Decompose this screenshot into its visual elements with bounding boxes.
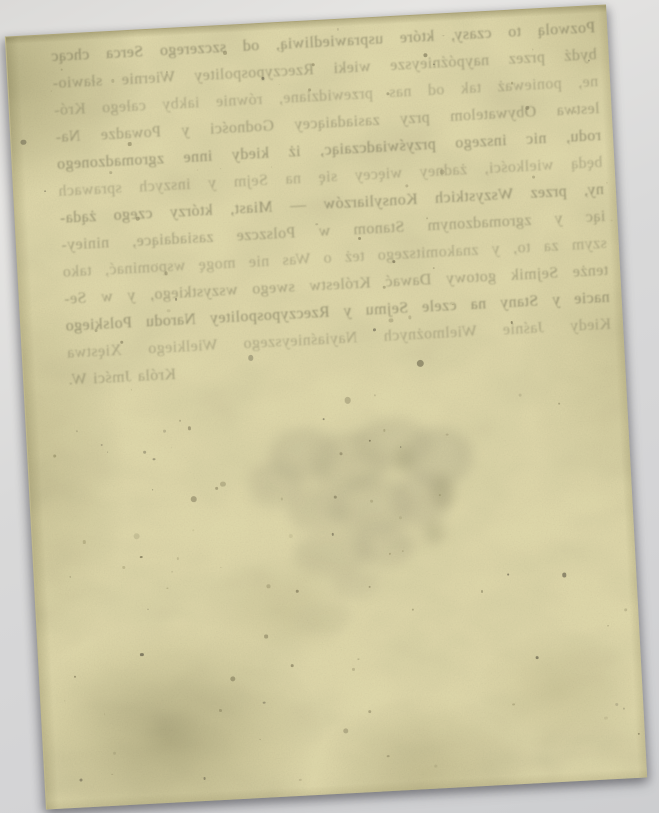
- foxing-speck: [322, 417, 325, 420]
- foxing-speck: [512, 702, 515, 705]
- foxing-speck: [176, 557, 179, 560]
- foxing-speck: [219, 708, 222, 711]
- scanned-document-view: Pozwolą to czasy, które usprawiedliwią, …: [0, 0, 659, 813]
- foxing-speck: [140, 653, 143, 656]
- foxing-speck: [50, 90, 51, 91]
- foxing-speck: [78, 778, 81, 781]
- foxing-speck: [480, 590, 482, 592]
- foxing-speck: [280, 497, 283, 500]
- foxing-speck: [139, 555, 142, 558]
- foxing-speck: [637, 732, 639, 734]
- foxing-speck: [100, 443, 102, 445]
- foxing-speck: [518, 393, 521, 396]
- foxing-speck: [112, 751, 115, 754]
- foxing-speck: [411, 608, 414, 611]
- foxing-speck: [535, 656, 538, 659]
- foxing-speck: [166, 587, 167, 588]
- foxing-speck: [152, 488, 153, 489]
- foxing-speck: [401, 549, 403, 551]
- foxing-speck: [374, 394, 375, 395]
- foxing-speck: [152, 458, 154, 460]
- foxing-speck: [73, 676, 75, 678]
- foxing-speck: [143, 450, 146, 453]
- foxing-speck: [606, 181, 608, 183]
- foxing-speck: [445, 433, 448, 436]
- foxing-speck: [398, 516, 401, 519]
- foxing-speck: [331, 533, 334, 536]
- foxing-speck: [382, 428, 385, 431]
- ornament-vignette-bleed: [230, 393, 507, 647]
- foxing-speck: [604, 716, 607, 719]
- foxing-speck: [614, 702, 618, 706]
- foxing-speck: [288, 534, 292, 538]
- foxing-speck: [558, 402, 560, 404]
- foxing-speck: [290, 663, 294, 667]
- scan-background: { "document": { "kind_label": "scanned a…: [0, 0, 659, 813]
- foxing-speck: [388, 552, 390, 554]
- foxing-speck: [623, 608, 626, 611]
- foxing-speck: [192, 529, 194, 531]
- foxing-speck: [106, 451, 108, 453]
- foxing-speck: [434, 764, 437, 767]
- foxing-speck: [368, 439, 371, 442]
- foxing-speck: [368, 585, 370, 587]
- foxing-speck: [370, 500, 373, 503]
- foxing-speck: [386, 754, 388, 756]
- foxing-speck: [343, 728, 348, 733]
- foxing-speck: [75, 429, 78, 432]
- foxing-speck: [215, 486, 218, 489]
- foxing-speck: [561, 572, 566, 577]
- foxing-speck: [438, 493, 440, 495]
- foxing-speck: [64, 700, 65, 701]
- foxing-speck: [344, 396, 351, 403]
- foxing-speck: [170, 447, 172, 449]
- page-scan: Pozwolą to czasy, które usprawiedliwią, …: [4, 4, 646, 809]
- foxing-speck: [187, 426, 191, 430]
- foxing-speck: [43, 190, 45, 192]
- foxing-speck: [147, 608, 148, 609]
- foxing-speck: [203, 777, 205, 779]
- foxing-speck: [295, 590, 298, 593]
- foxing-speck: [610, 219, 612, 221]
- foxing-speck: [367, 709, 370, 712]
- foxing-speck: [339, 452, 342, 455]
- foxing-speck: [20, 139, 26, 145]
- foxing-speck: [122, 565, 125, 568]
- foxing-speck: [607, 624, 608, 625]
- foxing-speck: [230, 676, 235, 681]
- floral-vignette-icon: [230, 393, 507, 647]
- foxing-speck: [264, 634, 267, 637]
- foxing-speck: [103, 713, 104, 714]
- foxing-speck: [133, 532, 139, 538]
- foxing-speck: [220, 566, 221, 567]
- foxing-speck: [298, 778, 301, 781]
- foxing-speck: [266, 584, 270, 588]
- foxing-speck: [111, 773, 113, 775]
- foxing-speck: [162, 429, 165, 432]
- foxing-speck: [82, 540, 85, 543]
- foxing-speck: [351, 668, 354, 671]
- foxing-speck: [357, 658, 359, 660]
- foxing-speck: [507, 573, 509, 575]
- foxing-speck: [179, 420, 180, 421]
- foxing-speck: [399, 446, 401, 448]
- bleed-through-text-block: Pozwolą to czasy, które usprawiedliwią, …: [50, 14, 613, 394]
- foxing-speck: [190, 496, 196, 502]
- foxing-speck: [333, 495, 336, 498]
- foxing-speck: [622, 707, 624, 709]
- foxing-speck: [69, 576, 70, 577]
- foxing-speck: [171, 571, 172, 572]
- foxing-speck: [259, 738, 261, 740]
- foxing-speck: [219, 480, 225, 486]
- foxing-speck: [263, 701, 265, 703]
- foxing-speck: [52, 454, 56, 458]
